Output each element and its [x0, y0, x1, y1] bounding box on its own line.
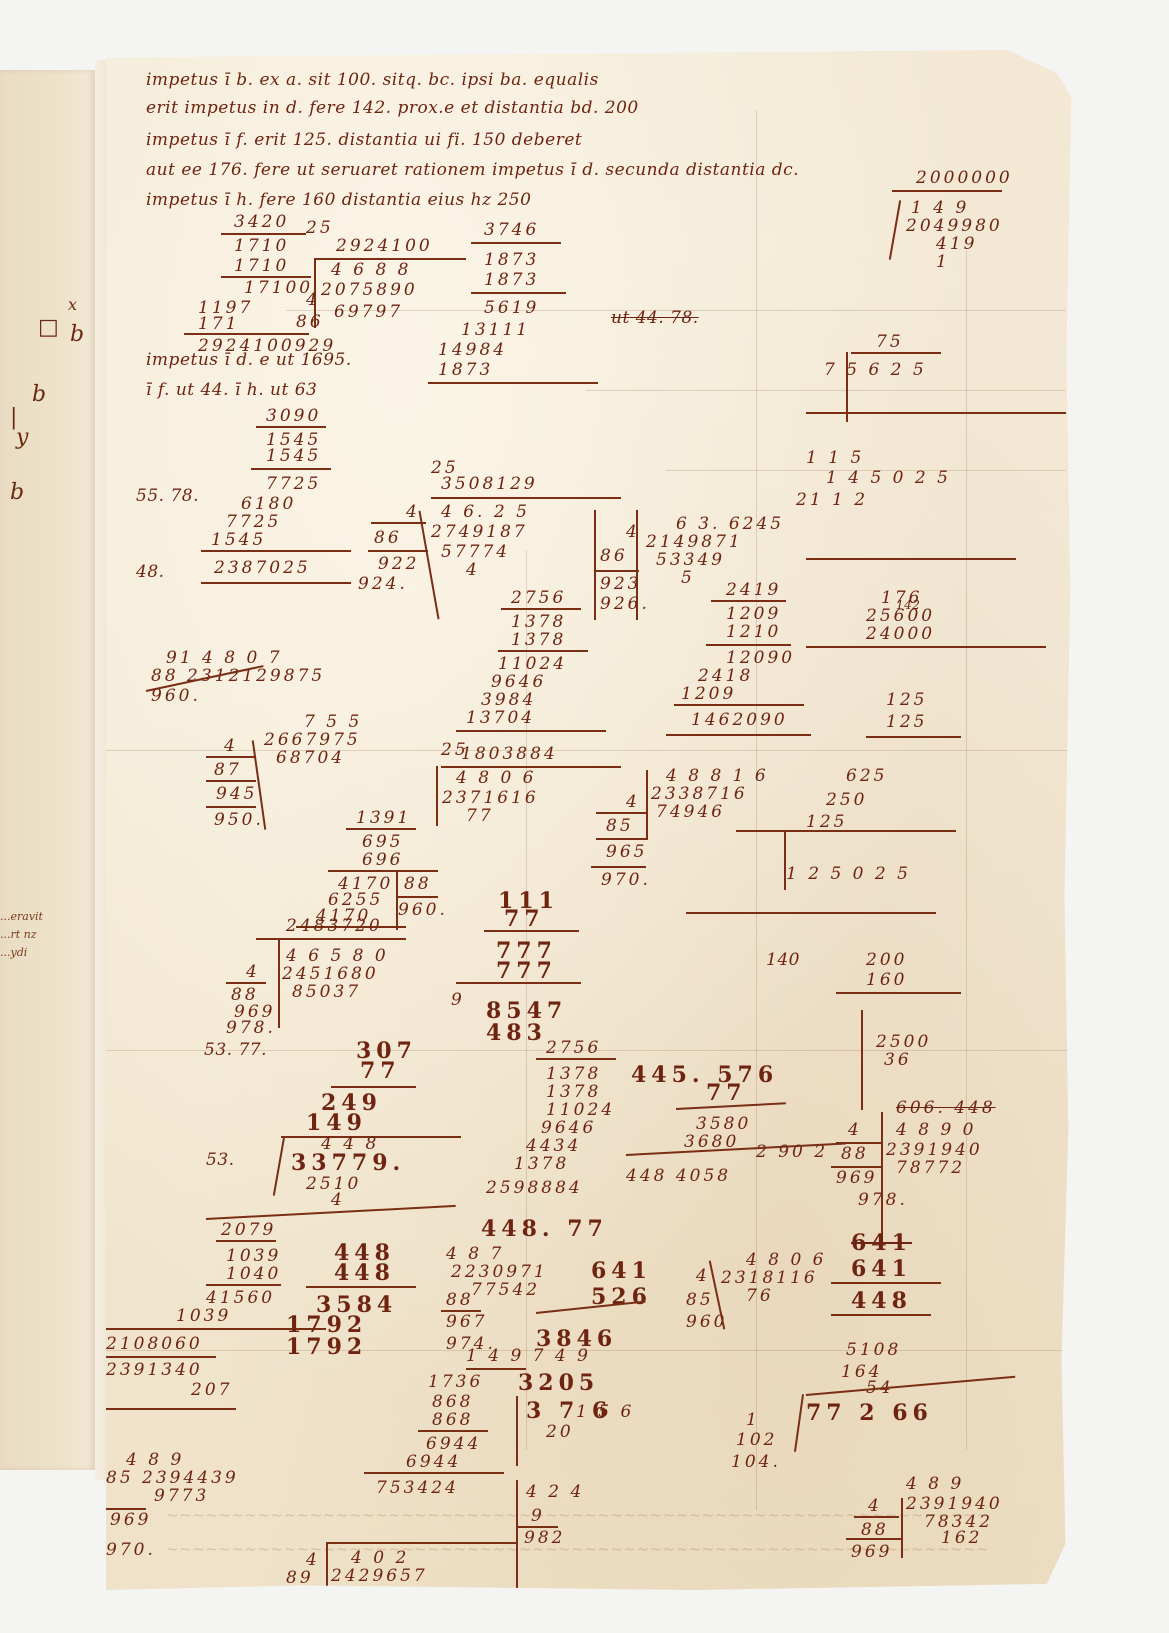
calc-value: 9646 [541, 1118, 596, 1138]
calc-value: 978. [858, 1190, 908, 1210]
calc-value: 2419 [726, 580, 781, 600]
calc-value: 1873 [484, 270, 539, 290]
calc-value: 1209 [681, 684, 736, 704]
calc-value: 6 3. 6245 [676, 514, 784, 534]
calc-value: 4 8 7 [446, 1244, 504, 1264]
calc-value: 1391 [356, 808, 411, 828]
calc-value: 57774 [441, 542, 510, 562]
calc-value: 1378 [546, 1082, 601, 1102]
manuscript-sheet: impetus ī b. ex a. sit 100. sitq. bc. ip… [106, 50, 1086, 1590]
calc-value: 41560 [206, 1288, 275, 1308]
calc-value: 4 6 8 8 [331, 260, 411, 280]
calc-value: 7725 [226, 512, 281, 532]
b-symbol: b [70, 322, 84, 347]
calc-value: 924. [358, 574, 408, 594]
calc-value: 922 [378, 554, 419, 574]
calc-value: 1873 [438, 360, 493, 380]
calc-value: 696 [362, 850, 403, 870]
calc-value: 984. [261, 1612, 311, 1632]
calc-value: 448 4058 [626, 1166, 731, 1186]
calc-value: 7 5 6 2 5 [824, 360, 927, 380]
calc-value: 448 [334, 1260, 395, 1286]
calc-value: 4 [381, 1602, 395, 1622]
calc-value: 1 2 5 0 2 5 [786, 864, 911, 884]
calc-value: 75 [876, 332, 904, 352]
calc-value: 777 [496, 958, 557, 984]
calc-value: 4 8 0 6 [456, 768, 536, 788]
calc-value: 85 [606, 816, 634, 836]
calc-value: 2318116 [721, 1268, 818, 1288]
calc-value: 2049980 [906, 216, 1003, 236]
side-label: 53. [206, 1150, 235, 1170]
calc-value: 87 [214, 760, 242, 780]
calc-value: 1039 [226, 1246, 281, 1266]
calc-value: 9646 [491, 672, 546, 692]
calc-value: 5108 [846, 1340, 901, 1360]
calc-value: 4 [331, 1190, 345, 1210]
b-symbol: b [10, 480, 24, 505]
calc-value: 2079 [221, 1220, 276, 1240]
calc-value: 125 [886, 690, 927, 710]
bleed-through-text: ~~~~~~~~~~~~~~~~~~~~~~~~~~~~~~~~~~~~~~~~… [166, 1540, 989, 1558]
calc-value: 77542 [471, 1280, 540, 1300]
calc-value: 965 [606, 842, 647, 862]
calc-value: 1378 [511, 630, 566, 650]
side-label: 142 [896, 598, 920, 612]
calc-value: 86 [374, 528, 402, 548]
calc-value: 11024 [498, 654, 567, 674]
calc-value: 3746 [484, 220, 539, 240]
calc-value: 4434 [526, 1136, 581, 1156]
calc-value: 171 [198, 314, 239, 334]
header-line: impetus ī f. erit 125. distantia ui fi. … [146, 130, 582, 150]
calc-value: 77 [466, 806, 494, 826]
calc-value: 1 4 5 0 2 5 [826, 468, 951, 488]
calc-value: 3205 [518, 1370, 599, 1396]
calc-value: 6944 [406, 1452, 461, 1472]
header-line: erit impetus in d. fere 142. prox.e et d… [146, 98, 639, 118]
calc-value: 4 2 4 [526, 1482, 584, 1502]
header-line: impetus ī h. fere 160 distantia eius hz … [146, 190, 531, 210]
fragment-line: ...ydi [0, 946, 27, 960]
calc-value: 125 [806, 812, 847, 832]
calc-value: 102 [736, 1430, 777, 1450]
calc-value: 1792 [286, 1334, 367, 1360]
calc-value: 89 [286, 1568, 314, 1588]
calc-value: 967 [446, 1312, 487, 1332]
calc-value: 160 [866, 970, 907, 990]
calc-value: 1803884 [461, 744, 558, 764]
calc-value: 2756 [546, 1038, 601, 1058]
calc-value: 7725 [266, 474, 321, 494]
calc-value: 2429657 [331, 1566, 428, 1586]
calc-value: 969 [110, 1510, 151, 1530]
calc-value: 86 [296, 312, 324, 332]
calc-value: 1 [936, 252, 950, 272]
calc-value: 4 [848, 1120, 862, 1140]
calc-value: 4 [224, 736, 238, 756]
calc-value: 1 4 9 [911, 198, 969, 218]
calc-value: 7 5 5 [304, 712, 362, 732]
calc-value: 25 [306, 218, 334, 238]
calc-value: 2000000 [916, 168, 1013, 188]
calc-value: 1 [746, 1410, 760, 1430]
calc-value: 104. [731, 1452, 781, 1472]
calc-value: 6180 [241, 494, 296, 514]
calc-value: 2924100 [336, 236, 433, 256]
calc-value: 91 4 8 0 7 [166, 648, 283, 668]
calc-value: 4 8 9 [906, 1474, 964, 1494]
calc-value: 4 [466, 560, 480, 580]
calc-value: 33779. [291, 1150, 405, 1176]
calc-value: 14984 [438, 340, 507, 360]
calc-value: 3580 [696, 1114, 751, 1134]
calc-value: 960. [151, 686, 201, 706]
calc-value: 641 [851, 1256, 912, 1282]
bleed-through-text: ~~~~~~~~~~~~~~~~~~~~~~~~~~~~~~~~~~~~~~~~… [166, 1506, 989, 1524]
calc-value: 2338716 [651, 784, 748, 804]
calc-value: 88 [841, 1144, 869, 1164]
impetus-note: impetus ī d. e ut 1695. [146, 350, 352, 370]
calc-value: 1736 [428, 1372, 483, 1392]
calc-value: 9773 [154, 1486, 209, 1506]
calc-value: 250 [826, 790, 867, 810]
calc-value: 2749187 [431, 522, 528, 542]
calc-value: 9 [451, 990, 465, 1010]
impetus-note: ī f. ut 44. ī h. ut 63 [146, 380, 317, 400]
calc-value: 85 2394439 [106, 1468, 239, 1488]
calc-value: 641 [591, 1258, 652, 1284]
calc-value: 74946 [656, 802, 725, 822]
calc-value: 2391340 [106, 1360, 203, 1380]
calc-value: 926. [600, 594, 650, 614]
calc-value: 5 [681, 568, 695, 588]
calc-value: 2667975 [264, 730, 361, 750]
calc-value: 1462090 [691, 710, 788, 730]
calc-value: 4 6 5 8 0 [286, 946, 389, 966]
calc-value: 445. 576 [631, 1062, 778, 1088]
calc-value: 20 [546, 1422, 574, 1442]
calc-value: 448 [851, 1288, 912, 1314]
calc-value: 969 [836, 1168, 877, 1188]
calc-value: 3420 [234, 212, 289, 232]
calc-value: 53349 [656, 550, 725, 570]
calc-value: 1210 [726, 622, 781, 642]
calc-value: 17100 [244, 278, 313, 298]
calc-value: 1 4 9 7 4 9 [466, 1346, 591, 1366]
calc-value: 88 [404, 874, 432, 894]
calc-value: 149 [306, 1110, 367, 1136]
calc-value: 978. [226, 1018, 276, 1038]
b-symbol: b [32, 382, 46, 407]
calc-value: 606. 448 [896, 1098, 996, 1118]
calc-value: 1039 [176, 1306, 231, 1326]
calc-value: 11024 [546, 1100, 615, 1120]
calc-value: 85 [686, 1290, 714, 1310]
calc-value: 85037 [292, 982, 361, 1002]
calc-value: 2075890 [321, 280, 418, 300]
calc-value: 2108060 [106, 1334, 203, 1354]
calc-value: 419 [936, 234, 977, 254]
calc-value: 13704 [466, 708, 535, 728]
side-label: 53. 77. [204, 1040, 267, 1060]
fragment-line: ...rt nz [0, 928, 37, 942]
calc-value: 1 1 5 [806, 448, 864, 468]
calc-value: 4 6. 2 5 [441, 502, 530, 522]
calc-value: 4 [696, 1266, 710, 1286]
calc-value: 36 [884, 1050, 912, 1070]
calc-value: 1378 [546, 1064, 601, 1084]
calc-value: 2371616 [442, 788, 539, 808]
calc-value: 77 [360, 1058, 401, 1084]
calc-value: 88 [446, 1290, 474, 1310]
side-label: 140 [766, 950, 800, 970]
calc-value: 483 [486, 1020, 547, 1046]
calc-value: 2451680 [282, 964, 379, 984]
adjacent-left-page: □ x b b | y b ...eravit ...rt nz ...ydi [0, 70, 95, 1470]
calc-value: 923 [600, 574, 641, 594]
calc-value: 1040 [226, 1264, 281, 1284]
calc-value: 4 8 9 [126, 1450, 184, 1470]
calc-value: 982 [281, 1594, 322, 1614]
calc-value: 4 [246, 962, 260, 982]
calc-value: 12090 [726, 648, 795, 668]
calc-value: 950. [214, 810, 264, 830]
square-symbol: □ [38, 315, 59, 340]
calc-value: 78772 [896, 1158, 965, 1178]
calc-value: 695 [362, 832, 403, 852]
calc-value: 1378 [511, 612, 566, 632]
calc-value: 76 [746, 1286, 774, 1306]
calc-value: 24000 [866, 624, 935, 644]
calc-value: 4 8 0 6 [746, 1250, 826, 1270]
calc-value: 1710 [234, 256, 289, 276]
calc-value: 207 [191, 1380, 232, 1400]
calc-value: 77 [504, 906, 545, 932]
calc-value: 21 1 2 [796, 490, 868, 510]
calc-value: 77 [706, 1080, 747, 1106]
x-symbol: x [68, 295, 77, 314]
calc-value: 2500 [876, 1032, 931, 1052]
calc-value: 2418 [698, 666, 753, 686]
calc-value: 2756 [511, 588, 566, 608]
header-line: impetus ī b. ex a. sit 100. sitq. bc. ip… [146, 70, 599, 90]
calc-value: 945 [216, 784, 257, 804]
calc-value: 641 [851, 1230, 912, 1256]
calc-value: 6944 [426, 1434, 481, 1454]
calc-value: 125 [886, 712, 927, 732]
calc-value: 970. [106, 1540, 156, 1560]
fragment-line: ...eravit [0, 910, 43, 924]
calc-value: 2230971 [451, 1262, 548, 1282]
side-label: 55. 78. [136, 486, 199, 506]
calc-value: 448. 77 [481, 1216, 608, 1242]
calc-value: 1378 [514, 1154, 569, 1174]
header-line: aut ee 176. fere ut seruaret rationem im… [146, 160, 799, 180]
y-symbol: y [16, 425, 28, 450]
calc-value: 1 5 6 [576, 1402, 634, 1422]
calc-value: 4 8 9 0 [896, 1120, 976, 1140]
calc-value: 3508129 [441, 474, 538, 494]
calc-value: 1873 [484, 250, 539, 270]
calc-value: 13111 [461, 320, 530, 340]
calc-value: 970. [601, 870, 651, 890]
calc-value: 200 [866, 950, 907, 970]
struck-note: ut 44. 78. [611, 308, 699, 328]
calc-value: 2387025 [214, 558, 311, 578]
calc-value: 86 [600, 546, 628, 566]
calc-value: 1710 [234, 236, 289, 256]
calc-value: 2149871 [646, 532, 743, 552]
calc-value: 4 [306, 290, 320, 310]
calc-value: 753424 [376, 1478, 459, 1498]
calc-value: 868 [432, 1410, 473, 1430]
calc-value: 625 [846, 766, 887, 786]
calc-value: 868 [432, 1392, 473, 1412]
calc-value: 2483720 [286, 916, 383, 936]
calc-value: 2598884 [486, 1178, 583, 1198]
calc-value: 960. [398, 900, 448, 920]
calc-value: 02341 [346, 1584, 415, 1604]
side-label: 48. [136, 562, 165, 582]
calc-value: 2391940 [886, 1140, 983, 1160]
calc-value: 1545 [211, 530, 266, 550]
calc-value: 68704 [276, 748, 345, 768]
calc-value: 4 8 8 1 6 [666, 766, 769, 786]
calc-value: 77 2 66 [806, 1400, 933, 1426]
calc-value: 69797 [334, 302, 403, 322]
calc-value: 1545 [266, 446, 321, 466]
calc-value: 3090 [266, 406, 321, 426]
calc-value: 3984 [481, 690, 536, 710]
calc-value: 5619 [484, 298, 539, 318]
calc-value: 4 [626, 792, 640, 812]
calc-value: 1209 [726, 604, 781, 624]
